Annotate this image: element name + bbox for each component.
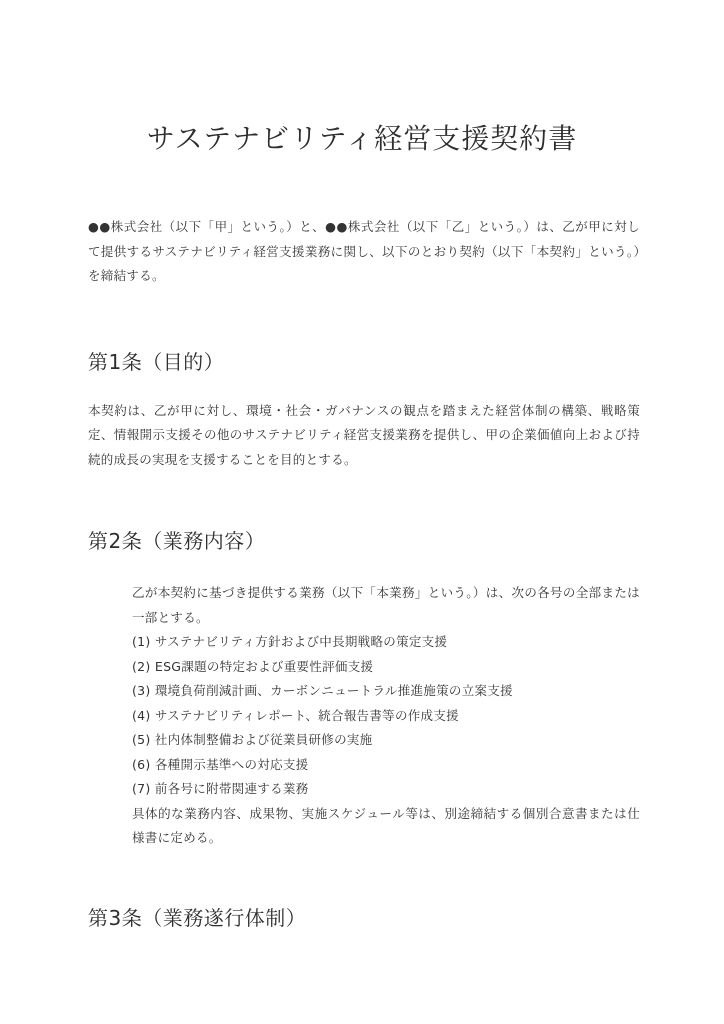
article-2-outro: 具体的な業務内容、成果物、実施スケジュール等は、別途締結する個別合意書または仕様… — [132, 802, 640, 851]
service-item: (1) サステナビリティ方針および中長期戦略の策定支援 — [132, 630, 640, 655]
service-item: (3) 環境負荷削減計画、カーボンニュートラル推進施策の立案支援 — [132, 679, 640, 704]
article-1-heading: 第1条（目的） — [88, 348, 640, 376]
service-item-list: (1) サステナビリティ方針および中長期戦略の策定支援 (2) ESG課題の特定… — [132, 630, 640, 802]
article-2-intro: 乙が本契約に基づき提供する業務（以下「本業務」という。）は、次の各号の全部または… — [132, 581, 640, 630]
article-1-body: 本契約は、乙が甲に対し、環境・社会・ガバナンスの観点を踏まえた経営体制の構築、戦… — [88, 399, 640, 473]
document-content: ●●株式会社（以下「甲」という。）と、●●株式会社（以下「乙」という。）は、乙が… — [88, 215, 640, 932]
article-3-heading: 第3条（業務遂行体制） — [88, 904, 640, 932]
service-item: (5) 社内体制整備および従業員研修の実施 — [132, 728, 640, 753]
service-item: (4) サステナビリティレポート、統合報告書等の作成支援 — [132, 704, 640, 729]
preamble-paragraph: ●●株式会社（以下「甲」という。）と、●●株式会社（以下「乙」という。）は、乙が… — [88, 215, 640, 289]
article-2-body: 乙が本契約に基づき提供する業務（以下「本業務」という。）は、次の各号の全部または… — [132, 581, 640, 851]
service-item: (6) 各種開示基準への対応支援 — [132, 753, 640, 778]
service-item: (7) 前各号に附帯関連する業務 — [132, 777, 640, 802]
document-title: サステナビリティ経営支援契約書 — [0, 119, 724, 159]
contract-document-page: サステナビリティ経営支援契約書 ●●株式会社（以下「甲」という。）と、●●株式会… — [0, 0, 724, 1024]
article-2-heading: 第2条（業務内容） — [88, 527, 640, 555]
service-item: (2) ESG課題の特定および重要性評価支援 — [132, 655, 640, 680]
